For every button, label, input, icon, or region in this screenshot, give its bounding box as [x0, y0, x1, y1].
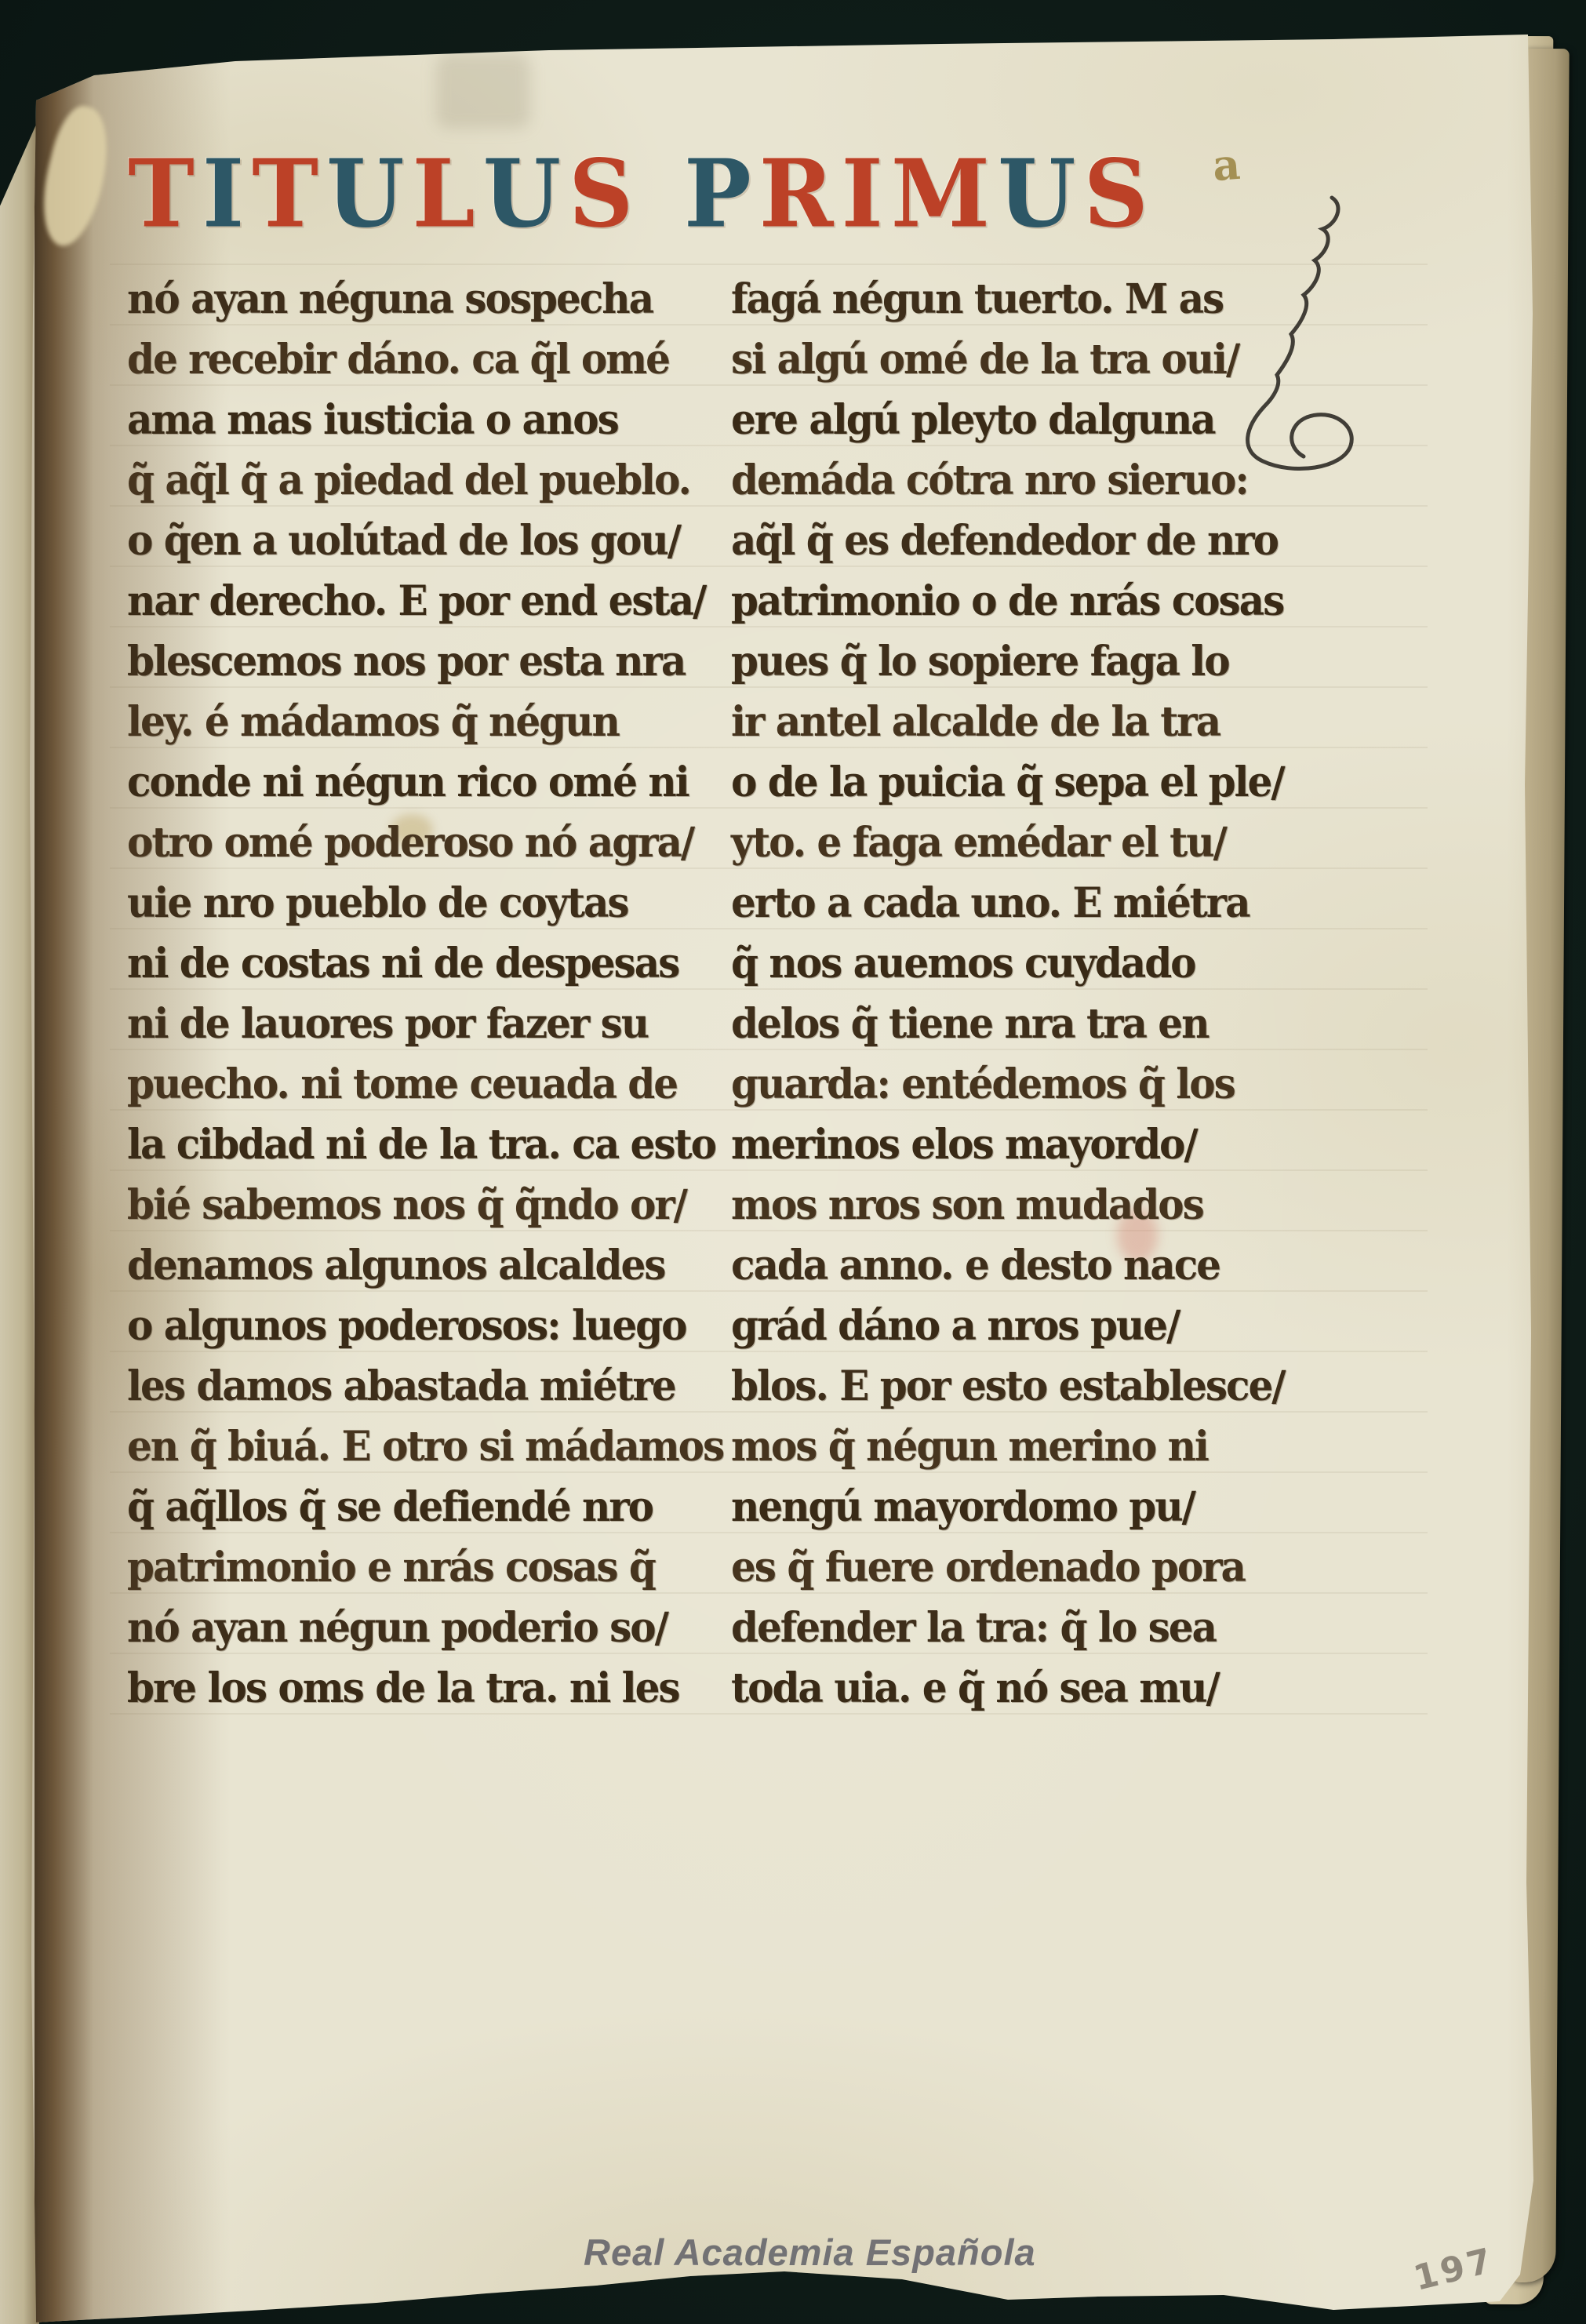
title-letter: I: [202, 147, 244, 241]
text-line: delos q̃ tiene nra tra en: [731, 991, 1296, 1055]
title-word-primus: PRIMUS: [684, 149, 1148, 238]
manuscript-page: TITULUS PRIMUS a nó ayan néguna sospecha…: [0, 0, 1586, 2324]
text-line: defender la tra: q̃ lo sea: [731, 1595, 1296, 1659]
title-letter: T: [128, 147, 195, 241]
text-line: ama mas iusticia o anos: [127, 387, 692, 451]
text-line: bié sabemos nos q̃ q̃ndo or/: [127, 1173, 692, 1236]
text-line: fagá négun tuerto. M as: [731, 267, 1296, 330]
text-line: patrimonio o de nrás cosas: [731, 569, 1296, 632]
ink-bleedthrough: [436, 53, 530, 129]
quire-signature-mark: a: [1211, 139, 1242, 191]
text-line: demáda cótra nro sieruo:: [731, 448, 1296, 511]
text-line: o q̃en a uolútad de los gou/: [127, 508, 692, 572]
text-line: si algú omé de la tra oui/: [731, 327, 1296, 391]
text-line: ley. é mádamos q̃ négun: [127, 689, 692, 753]
text-line: patrimonio e nrás cosas q̃: [127, 1535, 692, 1598]
text-line: yto. e faga emédar el tu/: [731, 810, 1296, 874]
text-line: mos nros son mudados: [731, 1173, 1296, 1236]
title-letter: R: [759, 147, 834, 241]
text-line: ni de lauores por fazer su: [127, 991, 692, 1055]
title-letter: L: [412, 147, 475, 241]
title-letter: M: [891, 147, 990, 241]
text-line: nó ayan négun poderio so/: [127, 1595, 692, 1659]
text-line: nó ayan néguna sospecha: [127, 267, 692, 330]
text-line: les damos abastada miétre: [127, 1354, 692, 1417]
text-line: q̃ nos auemos cuydado: [731, 931, 1296, 995]
title-letter: S: [569, 147, 633, 241]
text-line: grád dáno a nros pue/: [731, 1293, 1296, 1357]
title-letter: S: [1083, 147, 1148, 241]
text-line: en q̃ biuá. E otro si mádamos: [127, 1414, 692, 1478]
text-line: blescemos nos por esta nra: [127, 629, 692, 693]
text-line: q̃ aq̃l q̃ a piedad del pueblo.: [127, 448, 692, 511]
text-line: toda uia. e q̃ nó sea mu/: [731, 1656, 1296, 1719]
text-line: pues q̃ lo sopiere faga lo: [731, 629, 1296, 693]
text-line: mos q̃ négun merino ni: [731, 1414, 1296, 1478]
title-letter: U: [998, 147, 1075, 241]
ink-bleedthrough: [312, 0, 547, 36]
text-line: o algunos poderosos: luego: [127, 1293, 692, 1357]
text-line: q̃ aq̃llos q̃ se defiendé nro: [127, 1475, 692, 1538]
text-line: ir antel alcalde de la tra: [731, 689, 1296, 753]
text-line: es q̃ fuere ordenado pora: [731, 1535, 1296, 1598]
text-line: de recebir dáno. ca q̃l omé: [127, 327, 692, 391]
title-word-titulus: TITULUS: [128, 149, 633, 238]
title-letter: T: [252, 147, 318, 241]
manuscript-photo: TITULUS PRIMUS a nó ayan néguna sospecha…: [0, 0, 1586, 2324]
title-letter: U: [483, 147, 561, 241]
text-line: nengú mayordomo pu/: [731, 1475, 1296, 1538]
text-line: cada anno. e desto nace: [731, 1233, 1296, 1297]
text-line: puecho. ni tome ceuada de: [127, 1052, 692, 1115]
text-line: conde ni négun rico omé ni: [127, 750, 692, 813]
text-line: blos. E por esto establesce/: [731, 1354, 1296, 1417]
text-line: uie nro pueblo de coytas: [127, 871, 692, 934]
text-column-right: fagá négun tuerto. M assi algú omé de la…: [731, 268, 1296, 1718]
text-line: denamos algunos alcaldes: [127, 1233, 692, 1297]
library-watermark: Real Academia Española: [584, 2231, 1054, 2274]
text-line: otro omé poderoso nó agra/: [127, 810, 692, 874]
text-line: guarda: entédemos q̃ los: [731, 1052, 1296, 1115]
text-column-left: nó ayan néguna sospechade recebir dáno. …: [127, 268, 692, 1718]
text-line: erto a cada uno. E miétra: [731, 871, 1296, 934]
text-line: nar derecho. E por end esta/: [127, 569, 692, 632]
text-line: aq̃l q̃ es defendedor de nro: [731, 508, 1296, 572]
text-line: ni de costas ni de despesas: [127, 931, 692, 995]
text-line: la cibdad ni de la tra. ca esto: [127, 1112, 692, 1176]
title-letter: U: [326, 147, 404, 241]
text-line: o de la puicia q̃ sepa el ple/: [731, 750, 1296, 813]
text-line: merinos elos mayordo/: [731, 1112, 1296, 1176]
text-line: ere algú pleyto dalguna: [731, 387, 1296, 451]
title-letter: P: [684, 147, 751, 241]
title-letter: I: [841, 147, 882, 241]
text-line: bre los oms de la tra. ni les: [127, 1656, 692, 1719]
